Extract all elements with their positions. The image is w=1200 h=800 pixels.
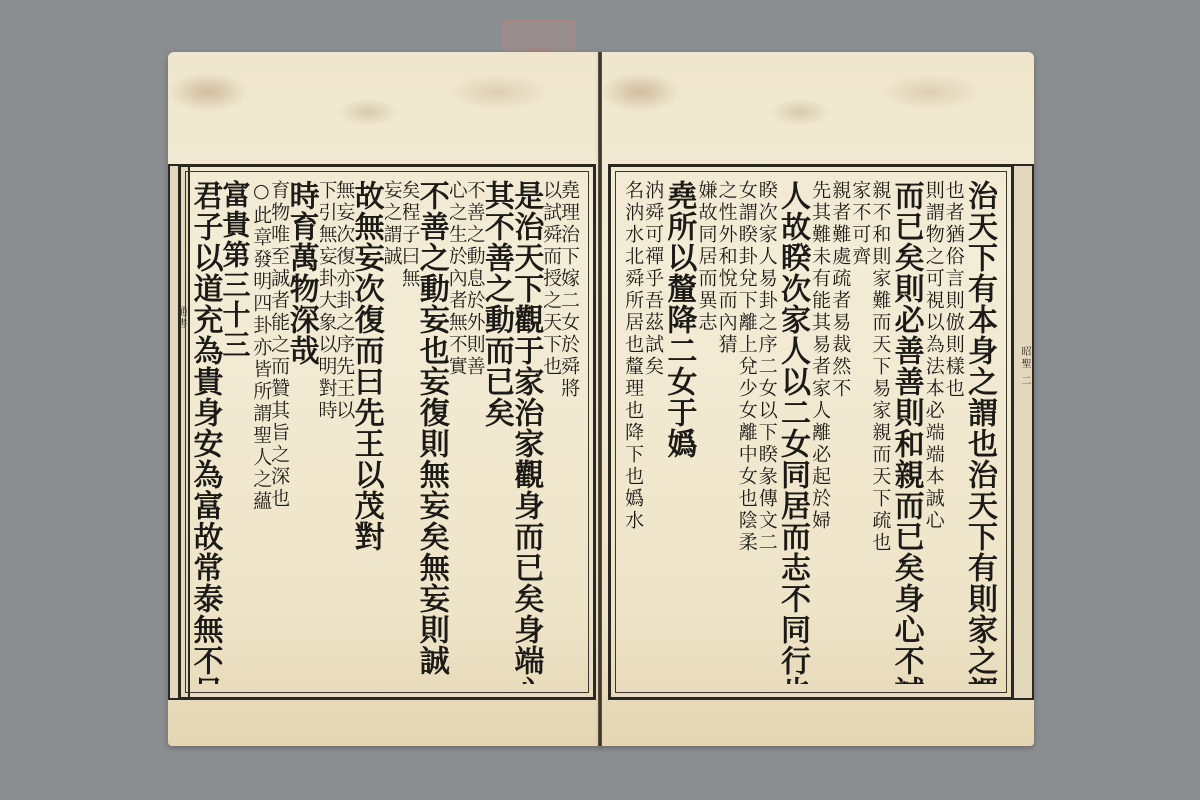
left-text-frame: 堯理治下嫁二女於舜將以試舜而授之天下也是治天下觀于家治家觀身而已矣身端心誠之謂也… [178, 164, 596, 700]
commentary-column-pair: 矣程子曰無妄之謂誠 [385, 180, 421, 684]
right-margin-strip: 昭聖 二 [1012, 164, 1034, 700]
commentary-line: ○此章發明四卦亦皆所謂聖人之蘊 [254, 180, 272, 684]
main-text-column: 時育萬物深哉 [290, 180, 319, 684]
commentary-line: 名汭水北舜所居也釐理也降下也嬀水 [624, 180, 644, 684]
book-gutter [598, 52, 602, 746]
commentary-line: 育物唯至誠者能之而贊其旨之深也 [272, 180, 290, 684]
commentary-line: 無妄次復亦卦之序先王以 [337, 180, 355, 684]
commentary-column-pair: 育物唯至誠者能之而贊其旨之深也○此章發明四卦亦皆所謂聖人之蘊 [254, 180, 290, 684]
commentary-line: 下引無妄卦大象以明對時 [320, 180, 338, 684]
main-text-column: 治天下有本身之謂也治天下有則家之謂 [965, 180, 998, 684]
right-margin-label: 昭聖 二 [1017, 346, 1032, 387]
commentary-line: 之性外和悅而內猜 [717, 180, 737, 684]
commentary-column-pair: 無妄次復亦卦之序先王以下引無妄卦大象以明對時 [320, 180, 356, 684]
commentary-column-pair: 也者猶俗言則倣則樣也則謂物之可視以為法本必端端本誠心 [925, 180, 965, 684]
commentary-line: 親不和則家難而天下易家親而天下疏也 [871, 180, 891, 684]
commentary-line: 妄之謂誠 [385, 180, 403, 684]
main-text-column: 堯所以釐降二女于嬀 [664, 180, 697, 684]
commentary-line: 也者猶俗言則倣則樣也 [945, 180, 965, 684]
right-text-frame: 治天下有本身之謂也治天下有則家之謂也者猶俗言則倣則樣也則謂物之可視以為法本必端端… [608, 164, 1014, 700]
main-text-column: 其不善之動而已矣 [485, 180, 514, 684]
commentary-column-pair: 汭舜可禪乎吾茲試矣名汭水北舜所居也釐理也降下也嬀水 [624, 180, 664, 684]
right-frame-inner: 治天下有本身之謂也治天下有則家之謂也者猶俗言則倣則樣也則謂物之可視以為法本必端端… [615, 171, 1007, 693]
commentary-column-pair: 之性外和悅而內猜嫌故同居而異志 [697, 180, 737, 684]
commentary-line: 以試舜而授之天下也 [544, 180, 562, 684]
commentary-line: 女謂睽卦兌下離上兌少女離中女也陰柔 [738, 180, 758, 684]
main-text-column: 而已矣則必善善則和親而已矣身心不誠則不可正 [891, 180, 924, 684]
commentary-line: 親者難處疏者易裁然不 [831, 180, 851, 684]
commentary-line: 心之生於內者無不實 [450, 180, 468, 684]
commentary-line: 先其難未有能其易者家人離必起於婦 [811, 180, 831, 684]
commentary-line: 嫌故同居而異志 [697, 180, 717, 684]
commentary-line: 則謂物之可視以為法本必端端本誠心 [925, 180, 945, 684]
left-text-columns: 堯理治下嫁二女於舜將以試舜而授之天下也是治天下觀于家治家觀身而已矣身端心誠之謂也… [194, 180, 580, 684]
commentary-column-pair: 親不和則家難而天下易家親而天下疏也家不可齊 [851, 180, 891, 684]
commentary-line: 睽次家人易卦之序二女以下睽彖傳文二 [758, 180, 778, 684]
left-frame-inner: 堯理治下嫁二女於舜將以試舜而授之天下也是治天下觀于家治家觀身而已矣身端心誠之謂也… [185, 171, 589, 693]
commentary-line: 家不可齊 [851, 180, 871, 684]
right-text-columns: 治天下有本身之謂也治天下有則家之謂也者猶俗言則倣則樣也則謂物之可視以為法本必端端… [624, 180, 998, 684]
paper-stains [168, 52, 600, 162]
commentary-column-pair: 堯理治下嫁二女於舜將以試舜而授之天下也 [544, 180, 580, 684]
commentary-line: 不善之動息於外則善 [468, 180, 486, 684]
main-text-column: 故無妄次復而曰先王以茂對 [355, 180, 384, 684]
commentary-column-pair: 親者難處疏者易裁然不先其難未有能其易者家人離必起於婦 [811, 180, 851, 684]
commentary-column-pair: 不善之動息於外則善心之生於內者無不實 [450, 180, 486, 684]
paper-stains [600, 52, 1034, 162]
commentary-line: 堯理治下嫁二女於舜將 [562, 180, 580, 684]
main-text-column: 不善之動妄也妄復則無妄矣無妄則誠 [420, 180, 449, 684]
commentary-column-pair: 睽次家人易卦之序二女以下睽彖傳文二女謂睽卦兌下離上兌少女離中女也陰柔 [738, 180, 778, 684]
main-text-column: 人故睽次家人以二女同居而志不同行也 [778, 180, 811, 684]
commentary-line: 矣程子曰無 [403, 180, 421, 684]
main-text-column: 是治天下觀于家治家觀身而已矣身端心誠之謂也誠心復 [515, 180, 544, 684]
open-book: 通書 昭聖 二 堯理治下嫁二女於舜將以試舜而授之天下也是治天下觀于家治家觀身而已… [168, 52, 1034, 746]
chapter-title: 富貴第三十三 [223, 180, 254, 684]
main-text-column: 君子以道充為貴身安為富故常泰無不足 [194, 180, 223, 684]
commentary-line: 汭舜可禪乎吾茲試矣 [644, 180, 664, 684]
